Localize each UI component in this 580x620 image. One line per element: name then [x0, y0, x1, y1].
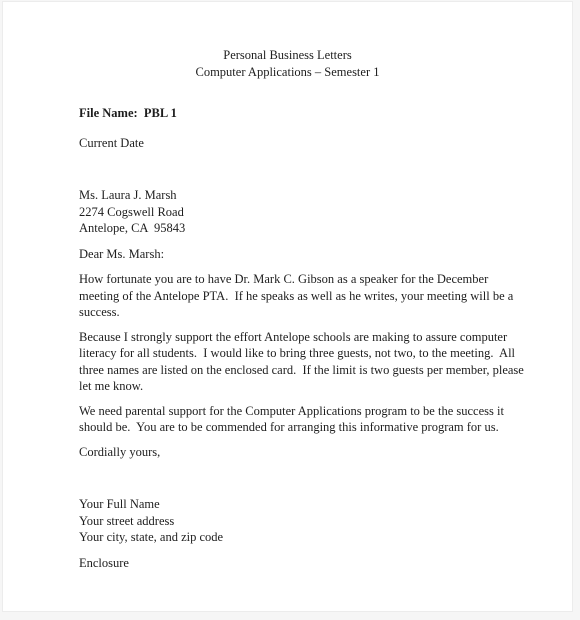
paragraph-line: literacy for all students. I would like …	[79, 345, 516, 362]
paragraph-line: three names are listed on the enclosed c…	[79, 362, 516, 379]
enclosure-notation: Enclosure	[79, 555, 516, 572]
heading-subtitle: Computer Applications – Semester 1	[3, 64, 572, 81]
address-line: 2274 Cogswell Road	[79, 204, 516, 221]
letter-heading: Personal Business Letters Computer Appli…	[3, 2, 572, 80]
letter-page: Personal Business Letters Computer Appli…	[2, 1, 573, 612]
body-paragraph: How fortunate you are to have Dr. Mark C…	[79, 271, 516, 321]
paragraph-line: We need parental support for the Compute…	[79, 403, 516, 420]
signature-block: Your Full Name Your street address Your …	[79, 496, 516, 546]
recipient-address: Ms. Laura J. Marsh 2274 Cogswell Road An…	[79, 187, 516, 237]
paragraph-line: should be. You are to be commended for a…	[79, 419, 516, 436]
date-line: Current Date	[79, 135, 516, 152]
salutation: Dear Ms. Marsh:	[79, 246, 516, 263]
heading-title: Personal Business Letters	[3, 47, 572, 64]
body-paragraph: Because I strongly support the effort An…	[79, 329, 516, 395]
file-name-line: File Name: PBL 1	[79, 105, 516, 122]
paragraph-line: success.	[79, 304, 516, 321]
address-line: Antelope, CA 95843	[79, 220, 516, 237]
document-canvas: Personal Business Letters Computer Appli…	[0, 0, 580, 620]
body-paragraph: We need parental support for the Compute…	[79, 403, 516, 436]
letter-body: File Name: PBL 1 Current Date Ms. Laura …	[3, 105, 572, 571]
paragraph-line: let me know.	[79, 378, 516, 395]
complimentary-closing: Cordially yours,	[79, 444, 516, 461]
paragraph-line: How fortunate you are to have Dr. Mark C…	[79, 271, 516, 288]
signature-line: Your street address	[79, 513, 516, 530]
paragraph-line: meeting of the Antelope PTA. If he speak…	[79, 288, 516, 305]
signature-line: Your city, state, and zip code	[79, 529, 516, 546]
address-line: Ms. Laura J. Marsh	[79, 187, 516, 204]
signature-line: Your Full Name	[79, 496, 516, 513]
paragraph-line: Because I strongly support the effort An…	[79, 329, 516, 346]
